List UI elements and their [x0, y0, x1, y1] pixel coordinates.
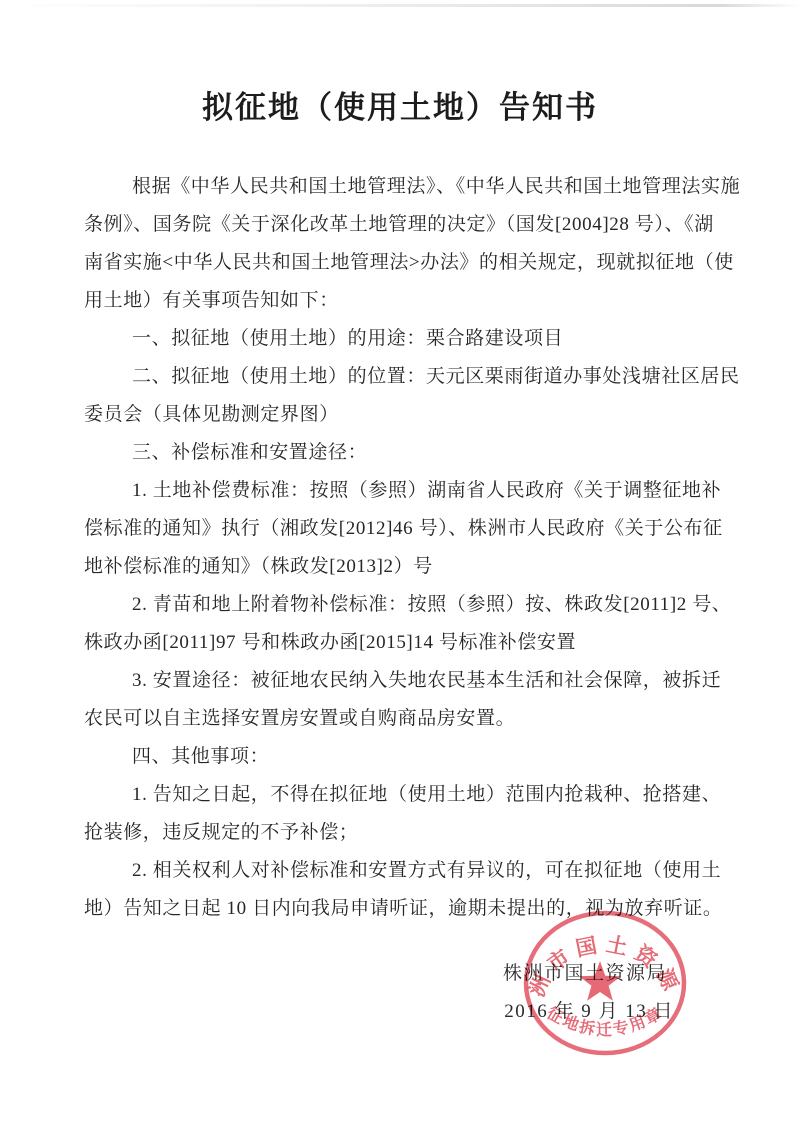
body-line: 偿标准的通知》执行（湘政发[2012]46 号）、株洲市人民政府《关于公布征 [84, 510, 722, 548]
body-line: 四、其他事项： [84, 738, 722, 776]
body-line: 南省实施<中华人民共和国土地管理法>办法》的相关规定，现就拟征地（使 [84, 244, 722, 282]
body-line: 3. 安置途径：被征地农民纳入失地农民基本生活和社会保障，被拆迁 [84, 662, 722, 700]
body-line: 1. 土地补偿费标准：按照（参照）湖南省人民政府《关于调整征地补 [84, 472, 722, 510]
body-line: 抢装修，违反规定的不予补偿； [84, 814, 722, 852]
signature-date: 2016 年 9 月 13 日 [504, 996, 674, 1023]
document-title: 拟征地（使用土地）告知书 [0, 82, 800, 127]
body-line: 二、拟征地（使用土地）的位置：天元区栗雨街道办事处浅塘社区居民 [84, 358, 722, 396]
body-line: 根据《中华人民共和国土地管理法》、《中华人民共和国土地管理法实施 [84, 168, 722, 206]
document-page: 拟征地（使用土地）告知书 根据《中华人民共和国土地管理法》、《中华人民共和国土地… [0, 0, 800, 1136]
body-line: 农民可以自主选择安置房安置或自购商品房安置。 [84, 700, 722, 738]
body-line: 2. 相关权利人对补偿标准和安置方式有异议的，可在拟征地（使用土 [84, 852, 722, 890]
body-line: 地补偿标准的通知》（株政发[2013]2）号 [84, 548, 722, 586]
body-line: 用土地）有关事项告知如下： [84, 282, 722, 320]
body-line: 株政办函[2011]97 号和株政办函[2015]14 号标准补偿安置 [84, 624, 722, 662]
body-line: 2. 青苗和地上附着物补偿标准：按照（参照）按、株政发[2011]2 号、 [84, 586, 722, 624]
body-line: 委员会（具体见勘测定界图） [84, 396, 722, 434]
signature-agency: 株洲市国土资源局 [503, 958, 667, 985]
document-body: 根据《中华人民共和国土地管理法》、《中华人民共和国土地管理法实施 条例》、国务院… [84, 168, 722, 928]
body-line: 条例》、国务院《关于深化改革土地管理的决定》（国发[2004]28 号）、《湖 [84, 206, 722, 244]
scan-artifact [0, 4, 800, 7]
body-line: 1. 告知之日起，不得在拟征地（使用土地）范围内抢栽种、抢搭建、 [84, 776, 722, 814]
body-line: 地）告知之日起 10 日内向我局申请听证，逾期未提出的，视为放弃听证。 [84, 890, 722, 928]
official-seal: 株洲市国土资源局 征地拆迁专用章 [510, 906, 700, 1076]
body-line: 一、拟征地（使用土地）的用途：栗合路建设项目 [84, 320, 722, 358]
body-line: 三、补偿标准和安置途径： [84, 434, 722, 472]
